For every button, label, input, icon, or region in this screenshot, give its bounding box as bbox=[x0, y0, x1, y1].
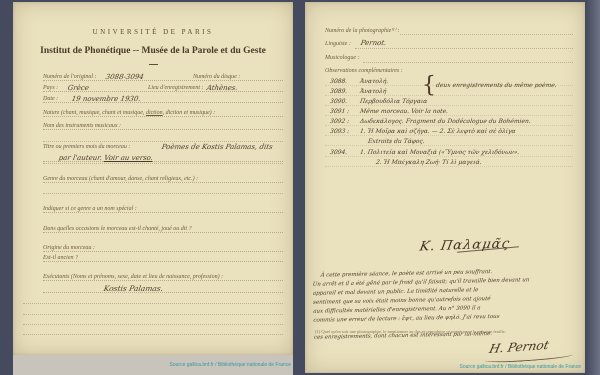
observation-line-3088: 3088.Ἀνατολή. bbox=[330, 78, 389, 85]
blank-rule bbox=[325, 166, 573, 167]
handwritten-linguiste: Pernot. bbox=[360, 39, 387, 47]
form-row-titre: Titre ou premiers mots du morceau : Poèm… bbox=[43, 141, 283, 150]
observation-line-3089: 3089.Ἀνατολή bbox=[330, 88, 387, 95]
blank-rule bbox=[325, 105, 573, 106]
recording-title: Περβουδόλια Τόργαια bbox=[360, 98, 428, 105]
field-label-photographie: Numéro de la photographie⁽¹⁾ : bbox=[325, 27, 400, 34]
blank-rule bbox=[325, 125, 573, 126]
blank-rule bbox=[325, 115, 573, 116]
blank-rule bbox=[23, 314, 283, 315]
observation-line-3092: 3092 :Δωδεκάλογος. Fragment du Dodécalog… bbox=[330, 118, 532, 125]
scan-edge-shading bbox=[586, 0, 600, 375]
handwritten-numero-original: 3088-3094 bbox=[105, 73, 144, 81]
handwritten-date: 19 novembre 1930. bbox=[71, 95, 141, 103]
scan-margin-strip: Source gallica.bnf.fr / Bibliothèque nat… bbox=[13, 355, 293, 375]
blank-rule bbox=[325, 135, 573, 136]
recording-number: 3088. bbox=[330, 78, 361, 85]
blank-rule bbox=[43, 163, 283, 164]
form-row-executants-value: Kostis Palamas. bbox=[43, 283, 283, 293]
recording-number: 3092 : bbox=[330, 118, 361, 125]
recording-title: Δωδεκάλογος. Fragment du Dodécalogue du … bbox=[360, 118, 532, 125]
field-label-observations: Observations complémentaires : bbox=[325, 68, 403, 74]
field-label-nom-special: Indiquer si ce genre a un nom spécial : bbox=[43, 206, 137, 212]
recording-number: 3089. bbox=[330, 88, 361, 95]
form-row-occasions: Dans quelles occasions le morceau est-il… bbox=[43, 223, 283, 233]
field-label-numero-disque: Numéro du disque : bbox=[193, 74, 240, 80]
field-label-musicologue: Musicologue : bbox=[325, 55, 360, 61]
observation-line-3090: 3090.Περβουδόλια Τόργαια bbox=[330, 98, 428, 105]
field-label-occasions: Dans quelles occasions le morceau est-il… bbox=[43, 226, 192, 232]
recording-title: 1. Ἡ Μοῖρα καὶ σζήγα. — 2. Σὲ λεφτὸ καὶ … bbox=[360, 128, 517, 135]
recording-number: 3094. bbox=[330, 149, 361, 156]
blank-rule bbox=[23, 303, 283, 304]
field-label-executants: Exécutants (Noms et prénoms, sexe, date … bbox=[43, 274, 223, 280]
blank-rule bbox=[23, 334, 283, 335]
blank-rule bbox=[325, 145, 573, 146]
gallica-attribution-right: Source gallica.bnf.fr / Bibliothèque nat… bbox=[460, 364, 581, 370]
handwritten-titre-line1: Poèmes de Kostis Palamas, dits bbox=[161, 143, 273, 151]
recording-title: Ἀνατολή bbox=[360, 88, 387, 95]
recording-title: 1. Πολιτεία καὶ Μοναξιά («Ὕμνος τῶν χελι… bbox=[360, 149, 520, 156]
title-dash-ornament bbox=[149, 64, 158, 65]
recording-number: 3091 : bbox=[330, 108, 361, 115]
field-label-lieu: Lieu d'enregistrement : bbox=[148, 85, 204, 91]
form-row-genre: Genre du morceau (chant d'amour, danse, … bbox=[43, 173, 283, 183]
form-row-titre-line2: par l'auteur. Voir au verso. bbox=[43, 152, 283, 162]
field-label-nature: Nature (chant, musique, chant et musique… bbox=[43, 110, 215, 116]
form-row-origine: Origine du morceau : bbox=[43, 242, 283, 252]
recording-title: Ἀνατολή. bbox=[360, 78, 389, 85]
form-row-ancien: Est-il ancien ? bbox=[43, 252, 283, 262]
observation-line-3093: 3093 :1. Ἡ Μοῖρα καὶ σζήγα. — 2. Σὲ λεφτ… bbox=[330, 128, 517, 135]
field-label-pays: Pays : bbox=[43, 85, 58, 91]
blank-rule bbox=[355, 48, 573, 49]
recording-title: 2. Ἡ Μπέγκαλη Ζωή· Τί λὶ μαγειά. bbox=[376, 159, 483, 166]
right-page-verso: Numéro de la photographie⁽¹⁾ : Linguiste… bbox=[305, 2, 585, 373]
recording-number: 3093 : bbox=[330, 128, 361, 135]
observation-line-3091: 3091 :Même morceau. Voir la note. bbox=[330, 108, 449, 115]
form-row-numero-original: Numéro de l'original : 3088-3094 Numéro … bbox=[43, 71, 283, 81]
field-label-titre: Titre ou premiers mots du morceau : bbox=[43, 144, 130, 150]
left-page-recto: UNIVERSITÉ DE PARIS Institut de Phonétiq… bbox=[13, 2, 293, 355]
recording-title: Extraits du Τάφος. bbox=[368, 138, 426, 145]
field-label-instruments: Nom des instruments musicaux : bbox=[43, 123, 121, 129]
grouping-brace: { bbox=[422, 73, 436, 98]
blank-rule bbox=[23, 324, 283, 325]
nature-underlined-word: diction bbox=[146, 110, 163, 116]
voir-au-verso-underlined: Voir au verso. bbox=[104, 154, 154, 162]
brace-annotation: deux enregistrements du même poème. bbox=[436, 82, 558, 89]
form-row-pays-lieu: Pays : Grèce Lieu d'enregistrement : Ath… bbox=[43, 82, 283, 92]
gallica-attribution-left: Source gallica.bnf.fr / Bibliothèque nat… bbox=[170, 362, 291, 368]
blank-rule bbox=[363, 62, 573, 63]
handwritten-executants: Kostis Palamas. bbox=[103, 284, 164, 293]
form-row-nature: Nature (chant, musique, chant et musique… bbox=[43, 107, 283, 117]
field-label-ancien: Est-il ancien ? bbox=[43, 255, 78, 261]
university-header: UNIVERSITÉ DE PARIS bbox=[13, 28, 293, 36]
field-label-linguiste: Linguiste : bbox=[325, 41, 351, 47]
field-label-origine: Origine du morceau : bbox=[43, 245, 95, 251]
field-label-genre: Genre du morceau (chant d'amour, danse, … bbox=[43, 176, 198, 182]
recording-number: 3090. bbox=[330, 98, 361, 105]
blank-rule bbox=[400, 34, 573, 35]
field-label-numero-original: Numéro de l'original : bbox=[43, 74, 97, 80]
blank-rule bbox=[325, 156, 573, 157]
field-label-date: Date : bbox=[43, 96, 58, 102]
form-row-nom-special: Indiquer si ce genre a un nom spécial : bbox=[43, 203, 283, 213]
handwritten-note-paragraph: À cette première séance, le poète est ar… bbox=[312, 266, 581, 343]
form-row-executants: Exécutants (Noms et prénoms, sexe, date … bbox=[43, 271, 283, 281]
blank-rule bbox=[43, 193, 283, 194]
handwritten-titre-line2: par l'auteur. Voir au verso. bbox=[58, 154, 154, 162]
handwritten-pays: Grèce bbox=[67, 84, 90, 92]
blank-rule bbox=[325, 95, 573, 96]
handwritten-lieu: Athènes. bbox=[206, 84, 238, 92]
form-row-instruments: Nom des instruments musicaux : bbox=[43, 120, 283, 130]
observation-line-3094b: 2. Ἡ Μπέγκαλη Ζωή· Τί λὶ μαγειά. bbox=[346, 159, 483, 166]
observation-line-3094: 3094.1. Πολιτεία καὶ Μοναξιά («Ὕμνος τῶν… bbox=[330, 149, 520, 156]
scanned-document-viewer: UNIVERSITÉ DE PARIS Institut de Phonétiq… bbox=[0, 0, 600, 375]
form-row-date: Date : 19 novembre 1930. bbox=[43, 93, 283, 103]
observation-line-extraits: Extraits du Τάφος. bbox=[338, 138, 426, 145]
recording-title: Même morceau. Voir la note. bbox=[360, 108, 449, 115]
institute-title: Institut de Phonétique -- Musée de la Pa… bbox=[13, 46, 293, 56]
